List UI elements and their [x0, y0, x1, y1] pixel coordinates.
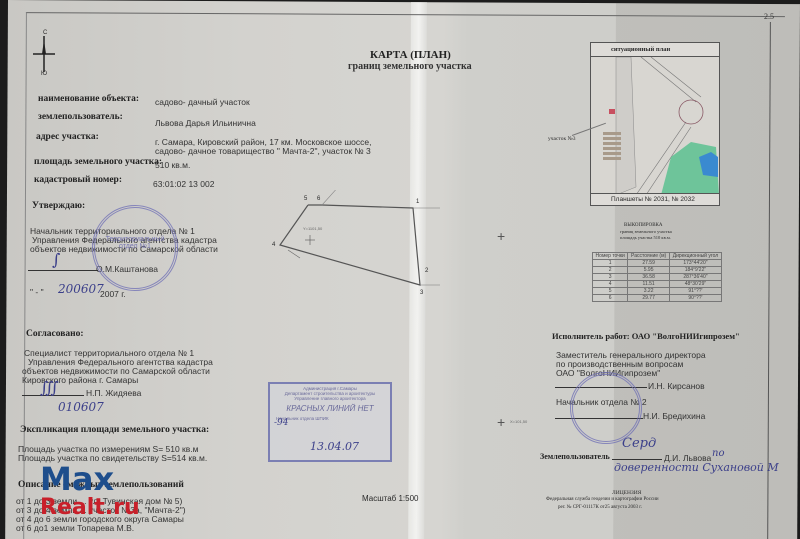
plot-point-4: 4 [272, 242, 275, 248]
plot-point-5: 5 [304, 196, 307, 202]
agreed-date-handwritten: 010607 [58, 400, 104, 414]
table-row: 629.7790°??' [593, 295, 722, 302]
table-subtitle-1: границ земельного участка [620, 229, 672, 234]
watermark-max: Max [40, 460, 114, 498]
situation-callout: участок №3 [548, 136, 576, 142]
license-line-2: рег. № СРГ-01117К от25 августа 2003 г. [558, 505, 642, 510]
stamp-text: Территориальный отдел №1 [105, 236, 165, 250]
red-lines-stamp-main: КРАСНЫХ ЛИНИЙ НЕТ [270, 404, 390, 413]
landuser-hand-note-1: по [712, 448, 724, 459]
table-cell: 184°9'22" [669, 267, 721, 274]
coordinates-table: Номер точки Расстояние (м) Дирекционный … [592, 252, 722, 302]
landuser-signature-line [612, 459, 662, 460]
compass-south-label: Ю [41, 71, 47, 77]
document-subtitle: границ земельного участка [348, 61, 472, 72]
table-cell: 4 [593, 281, 628, 288]
table-cell: 5 [593, 288, 628, 295]
table-cell: 6 [593, 295, 628, 302]
license-line-1: Федеральная служба геодезии и картографи… [546, 497, 659, 502]
landuser-label: Землепользователь [540, 452, 610, 461]
field-area-value: 510 кв.м. [155, 160, 190, 170]
table-row: 411.5148°30'29" [593, 281, 722, 288]
table-row: 127.59173°44'20" [593, 260, 722, 267]
field-address-value-2: садово- дачное товарищество " Мачта-2", … [155, 146, 371, 156]
plot-boundary-drawing [260, 190, 440, 305]
plot-point-2: 2 [425, 268, 428, 274]
license-title: ЛИЦЕНЗИЯ [612, 490, 641, 496]
red-lines-stamp-sub: Начальник отдела ШПИК [276, 416, 390, 421]
field-address-label: адрес участка: [36, 132, 99, 142]
table-cell: 2 [593, 267, 628, 274]
area-heading: Экспликация площади земельного участка: [20, 425, 209, 435]
red-lines-stamp-line-3: Управление главного архитектора [270, 396, 390, 401]
table-cell: 90°??' [669, 295, 721, 302]
red-lines-stamp: Администрация г.Самары Департамент строи… [268, 382, 392, 462]
situation-plan-title: ситуационный план [591, 43, 719, 57]
table-title: ВЫКОПИРОВКА [624, 223, 662, 228]
field-cadastral-label: кадастровый номер: [34, 175, 122, 185]
table-row: 53.2291°??' [593, 288, 722, 295]
compass-north-label: С [43, 30, 47, 36]
approved-signature: ∫ [52, 250, 60, 269]
field-area-label: площадь земельного участка: [34, 157, 162, 167]
table-cell: 5.95 [628, 267, 669, 274]
agreed-signature: ∭ [40, 378, 59, 397]
field-object-value: садово- дачный участок [155, 97, 250, 107]
situation-plan-footer: Планшеты № 2031, № 2032 [591, 193, 720, 205]
plot-point-1: 1 [416, 199, 419, 205]
situation-plan: ситуационный план Планшеты № 2031, № 203… [590, 42, 720, 206]
table-cell: 29.77 [628, 295, 669, 302]
table-header: Расстояние (м) [628, 253, 669, 260]
table-cell: 1 [593, 260, 628, 267]
table-cell: 91°??' [669, 288, 721, 295]
agreed-signer: Н.П. Жидяева [86, 388, 141, 398]
table-row: 25.95184°9'22" [593, 267, 722, 274]
situation-map [591, 57, 719, 195]
plot-point-6: 6 [317, 196, 320, 202]
field-user-label: землепользователь: [38, 112, 123, 122]
contractor-signer-1: И.Н. Кирсанов [648, 381, 705, 391]
official-round-stamp: Территориальный отдел №1 [92, 205, 178, 291]
table-cell: 3.22 [628, 288, 669, 295]
document-title: КАРТА (ПЛАН) [370, 49, 451, 61]
approved-heading: Утверждаю: [32, 201, 85, 211]
landuser-signature: Серд [622, 436, 656, 451]
field-user-value: Львова Дарья Ильинична [155, 118, 256, 128]
watermark-realt: Realt.ru [40, 495, 140, 520]
plot-coord-label: Y=1101,50 [303, 226, 322, 231]
approved-date-year: 2007 г. [100, 289, 126, 299]
approved-date-prefix: " - " [30, 287, 44, 297]
table-cell: 173°44'20" [669, 260, 721, 267]
red-lines-number-hand: -94 [274, 418, 289, 428]
field-cadastral-value: 63:01:02 13 002 [153, 179, 214, 189]
grid-cross-icon: + [497, 228, 505, 244]
landuser-hand-note-2: доверенности Сухановой М [614, 461, 779, 474]
field-object-label: наименование объекта: [38, 94, 139, 104]
plot-point-3: 3 [420, 290, 423, 296]
page-number: 2.5 [764, 12, 774, 21]
table-header: Номер точки [593, 253, 628, 260]
contractor-round-stamp [570, 372, 642, 444]
contractor-signer-2: Н.И. Бредихина [643, 411, 705, 421]
red-lines-date-hand: 13.04.07 [310, 440, 359, 453]
approved-signature-line [28, 270, 98, 271]
table-subtitle-2: площадь участка 510 кв.м. [620, 235, 671, 240]
grid-coord-label: X=101,50 [510, 419, 527, 424]
table-cell: 27.59 [628, 260, 669, 267]
approved-date-handwritten: 200607 [58, 282, 104, 296]
table-cell: 48°30'29" [669, 281, 721, 288]
grid-cross-icon-2: + [497, 414, 505, 430]
table-row: 336.58287°36'40" [593, 274, 722, 281]
contractor-heading: Исполнитель работ: ОАО "ВолгоНИИгипрозем… [552, 331, 740, 341]
neighbor-4: от 6 до1 земли Топарева М.В. [16, 523, 134, 533]
agreed-heading: Согласовано: [26, 329, 84, 339]
table-cell: 36.58 [628, 274, 669, 281]
scale-label: Масштаб 1:500 [362, 494, 418, 503]
table-cell: 287°36'40" [669, 274, 721, 281]
table-cell: 11.51 [628, 281, 669, 288]
table-cell: 3 [593, 274, 628, 281]
table-header: Дирекционный угол [669, 253, 721, 260]
